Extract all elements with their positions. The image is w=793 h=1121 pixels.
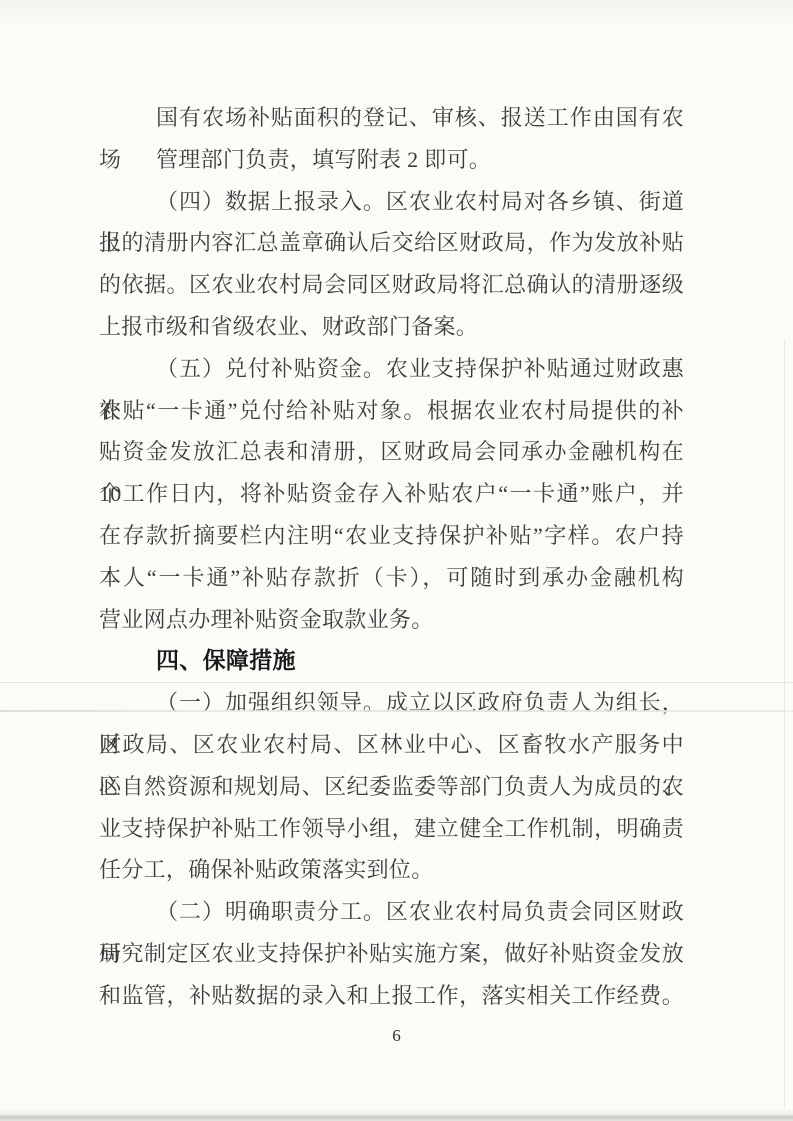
text-line: 上报市级和省级农业、财政部门备案。	[99, 306, 684, 348]
text-line: （二）明确职责分工。区农业农村局负责会同区财政局	[99, 891, 684, 933]
text-line: 财政局、区农业农村局、区林业中心、区畜牧水产服务中心、	[99, 724, 684, 766]
text-line: 营业网点办理补贴资金取款业务。	[99, 599, 684, 641]
document-body: 国有农场补贴面积的登记、审核、报送工作由国有农场 管理部门负责，填写附表 2 即…	[99, 97, 684, 1017]
section-heading: 四、保障措施	[99, 640, 684, 682]
text-line: 在存款折摘要栏内注明“农业支持保护补贴”字样。农户持	[99, 515, 684, 557]
scan-page-right-edge	[784, 340, 785, 1110]
text-line: 报的清册内容汇总盖章确认后交给区财政局，作为发放补贴	[99, 222, 684, 264]
text-line: 区自然资源和规划局、区纪委监委等部门负责人为成员的农	[99, 766, 684, 808]
text-line: 任分工，确保补贴政策落实到位。	[99, 849, 684, 891]
text-line: 业支持保护补贴工作领导小组，建立健全工作机制，明确责	[99, 808, 684, 850]
text-line: 个工作日内，将补贴资金存入补贴农户“一卡通”账户，并	[99, 473, 684, 515]
scan-bottom-edge	[0, 1108, 793, 1121]
text-line: （五）兑付补贴资金。农业支持保护补贴通过财政惠农	[99, 348, 684, 390]
document-page: 国有农场补贴面积的登记、审核、报送工作由国有农场 管理部门负责，填写附表 2 即…	[0, 0, 793, 1121]
text-line: 的依据。区农业农村局会同区财政局将汇总确认的清册逐级	[99, 264, 684, 306]
text-line: 和监管，补贴数据的录入和上报工作，落实相关工作经费。	[99, 975, 684, 1017]
text-line: 研究制定区农业支持保护补贴实施方案，做好补贴资金发放	[99, 933, 684, 975]
text-line: 国有农场补贴面积的登记、审核、报送工作由国有农场	[99, 97, 684, 139]
text-line: （四）数据上报录入。区农业农村局对各乡镇、街道上	[99, 181, 684, 223]
text-line: 本人“一卡通”补贴存款折（卡），可随时到承办金融机构	[99, 557, 684, 599]
text-line: （一）加强组织领导。成立以区政府负责人为组长，区	[99, 682, 684, 724]
page-number: 6	[0, 1026, 793, 1046]
text-line: 管理部门负责，填写附表 2 即可。	[99, 139, 684, 181]
text-line: 贴资金发放汇总表和清册，区财政局会同承办金融机构在 10	[99, 431, 684, 473]
text-line: 补贴“一卡通”兑付给补贴对象。根据农业农村局提供的补	[99, 390, 684, 432]
